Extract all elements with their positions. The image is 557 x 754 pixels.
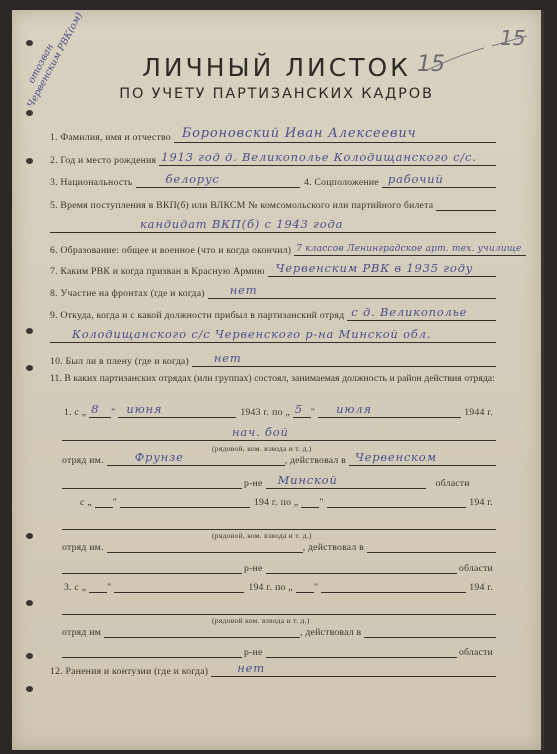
detachment-3-position [62,600,496,615]
field-value: 7 классов Ленинградское арт. тех. училищ… [296,244,521,254]
punch-hole [26,158,33,164]
field-value: рабочий [388,172,444,186]
acted-label: , действовал в [285,455,349,466]
field-value: кандидат ВКП(б) с 1943 года [140,217,343,231]
field-value: нет [237,661,265,675]
year-from: 1943 г. [236,407,272,418]
day-from-value: 8 [91,402,99,416]
field-arrival-cont: Колодищанского с/с Червенского р-на Минс… [50,328,496,343]
field-label: 7. Каким РВК и когда призван в Красную А… [50,266,268,277]
punch-hole [26,686,33,692]
month-to-line [321,578,466,593]
day-from-line [89,578,107,593]
region-line [266,559,457,574]
punch-hole [26,600,33,606]
year-from: 194 г. [250,497,281,508]
detachment-label: отряд им. [62,542,107,553]
district-value: Червенском [355,450,437,464]
field-social-status: 4. Соцположение рабочий [304,173,496,188]
field-line: белорус [136,173,300,188]
field-education: 6. Образование: общее и военное (что и к… [50,241,526,256]
field-label: 3. Национальность [50,177,136,188]
field-value: Червенским РВК в 1935 году [276,261,474,275]
position-line [62,600,496,615]
region-line [266,643,457,658]
field-label: 9. Откуда, когда и с какой должности при… [50,310,347,321]
acted-label: , действовал в [300,627,364,638]
field-value: белорус [166,172,220,186]
field-front-service: 8. Участие на фронтах (где и когда) нет [50,284,496,299]
district-suffix: р-не [242,563,266,574]
detachment-label: отряд им [62,627,104,638]
field-label: 11. В каких партизанских отрядах (или гр… [50,373,495,384]
field-wounds: 12. Ранения и контузии (где и когда) нет [50,662,496,677]
field-nationality: 3. Национальность белорус [50,173,300,188]
field-line: рабочий [382,173,496,188]
district-line [367,538,496,553]
punch-hole [26,365,33,371]
district-line: Червенском [349,451,496,466]
detachment-label: отряд им. [62,455,107,466]
field-value: Колодищанского с/с Червенского р-на Минс… [72,327,431,341]
field-arrival: 9. Откуда, когда и с какой должности при… [50,306,496,321]
field-label: 4. Соцположение [304,177,382,188]
field-value: нет [230,283,258,297]
year-to: 194 г. [466,497,496,508]
to-label: по „ [272,407,293,418]
punch-hole [26,653,33,659]
district-suffix: р-не [242,647,266,658]
field-line: Колодищанского с/с Червенского р-на Минс… [50,328,496,343]
detachment-number: 3. с „ [64,582,89,593]
region-suffix: области [457,647,496,658]
field-value: с д. Великополье [351,305,467,319]
detachment-2-name: отряд им. , действовал в [62,538,496,553]
field-line: нет [208,284,496,299]
detachment-1-position: нач. бой [62,426,496,441]
month-from-line [114,578,244,593]
district-suffix: р-не [242,478,266,489]
field-captivity: 10. Был ли в плену (где и когда) нет [50,352,496,367]
detachment-name-value: Фрунзе [135,450,184,464]
field-label: 5. Время поступления в ВКП(б) или ВЛКСМ … [50,200,436,211]
day-to-line: 5 [293,403,311,418]
field-full-name: 1. Фамилия, имя и отчество Бороновский И… [50,128,496,143]
detachment-3-dates: 3. с „ " 194 г. по „ " 194 г. [64,578,496,593]
year-to: 194 г. [466,582,496,593]
to-label: по „ [281,497,302,508]
year-from: 194 г. [244,582,275,593]
month-to-value: июля [336,402,372,416]
punch-hole [26,110,33,116]
month-to-line [327,493,467,508]
document-sheet: отозван Червенским РВК(ом) 15 15 ЛИЧНЫЙ … [12,10,544,750]
detachment-1-region: р-не Минской области [62,474,496,489]
punch-hole [26,328,33,334]
district-line [364,623,496,638]
field-detachments-header: 11. В каких партизанских отрядах (или гр… [50,372,496,386]
detachment-number: с „ [80,497,95,508]
field-value: Бороновский Иван Алексеевич [182,126,417,141]
field-label: 1. Фамилия, имя и отчество [50,132,174,143]
day-to-value: 5 [295,402,303,416]
detachment-3-region: р-не области [62,643,496,658]
region-value: Минской [278,473,338,487]
field-line: 1913 год д. Великополье Колодищанского с… [159,151,496,166]
field-birth: 2. Год и место рождения 1913 год д. Вели… [50,151,496,166]
field-line: нет [192,352,496,367]
detachment-number: 1. с „ [64,407,89,418]
day-from-line: 8 [89,403,111,418]
month-from-line: июня [118,403,236,418]
field-party-membership-value: кандидат ВКП(б) с 1943 года [50,218,496,233]
field-line [436,196,496,211]
field-label: 12. Ранения и контузии (где и когда) [50,666,211,677]
district-cont-line [62,643,242,658]
month-from-value: июня [126,402,162,416]
month-from-line [120,493,250,508]
region-suffix: области [457,563,496,574]
region-suffix: области [426,478,473,489]
month-to-line: июля [318,403,461,418]
detachment-2-region: р-не области [62,559,496,574]
field-line: нет [211,662,496,677]
field-party-membership: 5. Время поступления в ВКП(б) или ВЛКСМ … [50,196,496,211]
field-line: 7 классов Ленинградское арт. тех. училищ… [294,241,526,256]
field-label: 6. Образование: общее и военное (что и к… [50,245,294,256]
position-line: нач. бой [62,426,496,441]
document-title: ЛИЧНЫЙ ЛИСТОК [12,53,541,82]
to-label: по „ [275,582,296,593]
detachment-2-dates: с „ " 194 г. по „ " 194 г. [80,493,496,508]
acted-label: , действовал в [303,542,367,553]
detachment-1-name: отряд им. Фрунзе , действовал в Червенск… [62,451,496,466]
year-to: 1944 г. [461,407,496,418]
detachment-3-name: отряд им , действовал в [62,623,496,638]
field-line: с д. Великополье [347,306,496,321]
field-line: кандидат ВКП(б) с 1943 года [50,218,496,233]
field-value: 1913 год д. Великополье Колодищанского с… [161,150,477,164]
day-from-line [95,493,113,508]
district-cont-line [62,559,242,574]
detachment-2-position [62,515,496,530]
punch-hole [26,40,33,46]
document-subtitle: ПО УЧЕТУ ПАРТИЗАНСКИХ КАДРОВ [12,86,541,102]
field-line: Бороновский Иван Алексеевич [174,128,496,143]
field-value: нет [214,351,242,365]
field-label: 2. Год и место рождения [50,155,159,166]
day-to-line [296,578,314,593]
field-label: 10. Был ли в плену (где и когда) [50,356,192,367]
detachment-name-line [104,623,300,638]
detachment-name-line [107,538,303,553]
detachment-name-line: Фрунзе [107,451,285,466]
field-conscription: 7. Каким РВК и когда призван в Красную А… [50,262,496,277]
region-line: Минской [266,474,426,489]
field-label: 8. Участие на фронтах (где и когда) [50,288,208,299]
position-line [62,515,496,530]
punch-hole [26,533,33,539]
detachment-1-dates: 1. с „ 8 " июня 1943 г. по „ 5 " июля 19… [64,403,496,418]
position-value: нач. бой [232,425,289,439]
district-cont-line [62,474,242,489]
field-line: Червенским РВК в 1935 году [268,262,496,277]
day-to-line [301,493,319,508]
